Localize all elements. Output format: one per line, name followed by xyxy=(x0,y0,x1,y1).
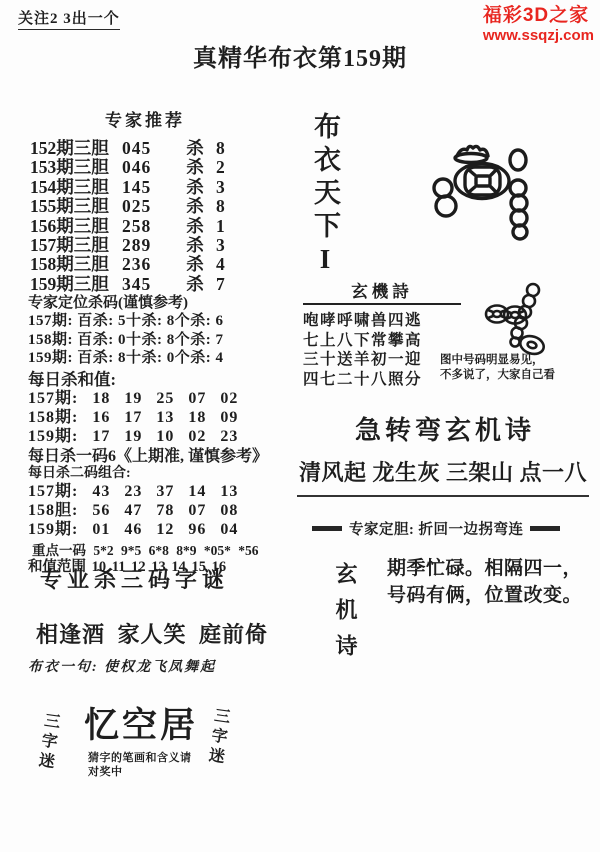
expert-row-kill-value: 2 xyxy=(216,157,236,178)
riddle-side-label-right: 三字迷 xyxy=(202,706,233,769)
xuanji2-vertical-title: 玄机诗 xyxy=(330,562,361,670)
scanned-lottery-sheet: 关注2 3出一个 福彩3D之家 www.ssqzj.com 真精华布衣第159期… xyxy=(0,0,600,852)
focus-note: 关注2 3出一个 xyxy=(18,7,120,30)
bead-caption-line2: 不多说了，大家自己看 xyxy=(440,368,555,383)
kill-position-row: 157期: 百杀: 5十杀: 8个杀: 6 xyxy=(28,309,288,328)
expert-row-numbers: 258 xyxy=(122,216,174,237)
riddle-verse: 相逢酒 家人笑 庭前倚 xyxy=(36,618,268,649)
kill-position-box: 专家定位杀码(谨慎参考) 157期: 百杀: 5十杀: 8个杀: 6 158期:… xyxy=(28,291,288,572)
riddle-buyi-line: 布衣一句: 使权龙飞凤舞起 xyxy=(28,656,216,676)
expert-row-kill-value: 3 xyxy=(216,235,236,256)
expert-row-kill-value: 3 xyxy=(216,177,236,198)
daily-kill-one-line: 每日杀一码6《上期准, 谨慎参考》 xyxy=(28,443,288,462)
dash-bar-left xyxy=(312,526,342,531)
kill-position-row: 159期: 百杀: 8十杀: 0个杀: 4 xyxy=(28,346,288,365)
kill-position-row: 158期: 百杀: 0十杀: 8个杀: 7 xyxy=(28,328,288,347)
expert-row: 154期三胆 145 杀 3 xyxy=(30,174,260,193)
xuanji-poem-box: 玄機詩 咆哮呼啸兽四逃 七上八下常攀高 三十送羊初一迎 四七二十八照分 xyxy=(303,278,461,386)
bead-drawing-caption: 图中号码明显易见， 不多说了，大家自己看 xyxy=(440,353,555,383)
expert-row: 159期三胆 345 杀 7 xyxy=(30,271,260,290)
expert-row: 156期三胆 258 杀 1 xyxy=(30,213,260,232)
dash-bar-right xyxy=(530,526,560,531)
expert-row-kill-value: 4 xyxy=(216,254,236,275)
xuanji-poem-title: 玄機詩 xyxy=(303,278,461,305)
expert-row-numbers: 236 xyxy=(122,254,174,275)
sharp-turn-title: 急转弯玄机诗 xyxy=(300,410,590,447)
xuanji2-text: 期季忙碌。相隔四一， 号码有俩，位置改变。 xyxy=(387,555,582,609)
riddle-note-line2: 对奖中 xyxy=(88,766,192,780)
daily-kill-two-row: 158胆: 56 47 78 07 08 xyxy=(28,497,288,516)
expert-dan-text: 专家定胆: 折回一边拐弯连 xyxy=(349,518,523,539)
xuanji-poem-line: 咆哮呼啸兽四逃 xyxy=(303,308,461,328)
riddle-answer-note: 猜字的笔画和含义请 对奖中 xyxy=(88,752,192,779)
riddle-title: 专业杀三码字谜 xyxy=(40,563,229,594)
daily-kill-two-row: 159期: 01 46 12 96 04 xyxy=(28,516,288,535)
daily-kill-two-row: 157期: 43 23 37 14 13 xyxy=(28,478,288,497)
expert-row-numbers: 046 xyxy=(122,157,174,178)
expert-row-numbers: 145 xyxy=(122,177,174,198)
expert-row-numbers: 045 xyxy=(122,138,174,159)
expert-row-numbers: 025 xyxy=(122,196,174,217)
expert-recommend-box: 专家推荐 152期三胆 045 杀 8 153期三胆 046 杀 2 154期三… xyxy=(30,106,260,290)
site-brand-name: 福彩3D之家 xyxy=(483,5,594,27)
riddle-note-line1: 猜字的笔画和含义请 xyxy=(88,752,192,766)
daily-kill-sum-title: 每日杀和值: xyxy=(28,366,288,385)
daily-kill-sum-row: 159期: 17 19 10 02 23 xyxy=(28,423,288,442)
expert-row: 155期三胆 025 杀 8 xyxy=(30,193,260,212)
riddle-side-label-left: 三字迷 xyxy=(32,711,63,774)
riddle-answer: 忆空居 xyxy=(84,698,198,748)
xuanji-poem-line: 四七二十八照分 xyxy=(303,367,461,387)
buyi-tianxia-title: 布衣天下I xyxy=(306,112,345,280)
key-one-code-line: 重点一码 5*2 9*5 6*8 8*9 *05* *56 xyxy=(28,539,288,555)
coin-chain-drawing xyxy=(423,132,541,244)
expert-row-numbers: 289 xyxy=(122,235,174,256)
expert-row: 157期三胆 289 杀 3 xyxy=(30,232,260,251)
bead-chain-drawing xyxy=(466,281,558,359)
sharp-turn-verse: 清风起 龙生灰 三架山 点一八 xyxy=(297,456,589,497)
expert-recommend-title: 专家推荐 xyxy=(30,106,260,131)
bead-caption-line1: 图中号码明显易见， xyxy=(440,353,555,368)
xuanji-poem-line: 三十送羊初一迎 xyxy=(303,347,461,367)
kill-box-title: 专家定位杀码(谨慎参考) xyxy=(28,291,288,309)
expert-row: 153期三胆 046 杀 2 xyxy=(30,154,260,173)
expert-row-kill-value: 1 xyxy=(216,216,236,237)
expert-row-kill-value: 8 xyxy=(216,196,236,217)
expert-row: 158期三胆 236 杀 4 xyxy=(30,251,260,270)
xuanji-poem-line: 七上八下常攀高 xyxy=(303,328,461,348)
page-title: 真精华布衣第159期 xyxy=(0,38,600,73)
expert-row: 152期三胆 045 杀 8 xyxy=(30,135,260,154)
xuanji2-line2: 号码有俩，位置改变。 xyxy=(387,582,582,609)
expert-dan-line: 专家定胆: 折回一边拐弯连 xyxy=(312,518,578,539)
daily-kill-sum-row: 158期: 16 17 13 18 09 xyxy=(28,404,288,423)
xuanji2-line1: 期季忙碌。相隔四一， xyxy=(387,555,582,582)
daily-kill-sum-row: 157期: 18 19 25 07 02 xyxy=(28,385,288,404)
expert-row-kill-value: 8 xyxy=(216,138,236,159)
